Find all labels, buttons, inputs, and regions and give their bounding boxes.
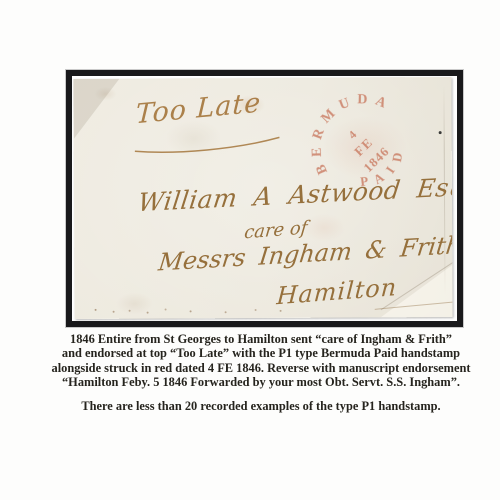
caption-line-2: and endorsed at top “Too Late” with the … — [20, 346, 500, 360]
caption-line-4: “Hamilton Feby. 5 1846 Forwarded by your… — [20, 375, 500, 389]
caption-note: There are less than 20 recorded examples… — [20, 399, 500, 413]
svg-text:BERMUDA: BERMUDA — [287, 77, 398, 180]
handstamp-arc-top-text: BERMUDA — [287, 77, 398, 180]
ink-speck — [439, 131, 442, 134]
bottom-speckles — [95, 309, 97, 311]
too-late-endorsement: Too Late — [135, 87, 262, 130]
envelope: Too Late BERMUDA PAID 4 FE 1846 Wil — [73, 77, 452, 319]
exhibit-page: Too Late BERMUDA PAID 4 FE 1846 Wil — [0, 0, 500, 500]
cover-frame: Too Late BERMUDA PAID 4 FE 1846 Wil — [66, 70, 463, 327]
handstamp-date-day: 4 — [345, 127, 359, 141]
address-line-recipient: William A Astwood Esqr — [136, 171, 452, 217]
top-left-fold — [73, 79, 119, 139]
address-line-city: Hamilton — [276, 273, 398, 310]
too-late-underline-flourish — [131, 135, 284, 157]
caption-block: 1846 Entire from St Georges to Hamilton … — [20, 332, 500, 413]
caption-line-3: alongside struck in red dated 4 FE 1846.… — [20, 361, 500, 375]
caption-line-1: 1846 Entire from St Georges to Hamilton … — [20, 332, 500, 346]
